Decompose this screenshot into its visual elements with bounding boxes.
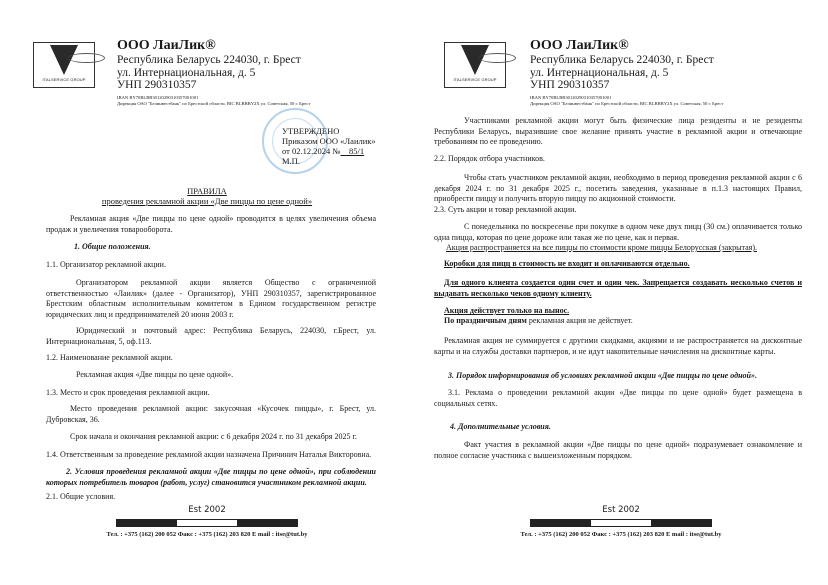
company-address-1: Республика Беларусь 224030, г. Брест bbox=[530, 54, 828, 67]
organizer-paragraph: Организатором рекламной акции является О… bbox=[46, 278, 376, 320]
company-address-2: ул. Интернациональная, д. 5 bbox=[117, 67, 437, 80]
approval-date: от 02.12.2024 № 85/1 bbox=[282, 146, 376, 156]
boxes-notice: Коробки для пицц в стоимость не входит и… bbox=[434, 259, 802, 270]
company-unp: УНП 290310357 bbox=[530, 79, 828, 92]
approval-order: Приказом ООО «Лаилик» bbox=[282, 136, 376, 146]
promo-term-paragraph: Срок начала и окончания рекламной акции:… bbox=[46, 432, 376, 443]
section-3-heading: 3. Порядок информирования об условиях ре… bbox=[434, 371, 802, 382]
intro-paragraph: Рекламная акция «Две пиццы по цене одной… bbox=[46, 214, 376, 235]
established-label: Est 2002 bbox=[0, 505, 414, 515]
document-page-2: ITALSERVICE GROUP ООО ЛаиЛик® Республика… bbox=[414, 0, 828, 585]
document-page-1: ITALSERVICE GROUP ООО ЛаиЛик® Республика… bbox=[0, 0, 414, 585]
footer-contacts: Тел. : +375 (162) 200 052 Факс : +375 (1… bbox=[414, 530, 828, 539]
clause-1-1: 1.1. Организатор рекламной акции. bbox=[46, 260, 376, 271]
scope-paragraph: Акция распространяется на все пиццы по с… bbox=[434, 243, 802, 254]
approval-title: УТВЕРЖДЕНО bbox=[282, 126, 376, 136]
company-logo: ITALSERVICE GROUP bbox=[33, 42, 95, 88]
company-address-1: Республика Беларусь 224030, г. Брест bbox=[117, 54, 437, 67]
letterhead-footer: Est 2002 Тел. : +375 (162) 200 052 Факс … bbox=[0, 505, 414, 539]
section-4-heading: 4. Дополнительные условия. bbox=[434, 422, 802, 433]
holidays-notice: По праздничным дням рекламная акция не д… bbox=[434, 316, 802, 327]
clause-3-1: 3.1. Реклама о проведении рекламной акци… bbox=[434, 388, 802, 409]
footer-stripe bbox=[530, 519, 712, 527]
clause-1-2: 1.2. Наименование рекламной акции. bbox=[46, 353, 376, 364]
letterhead-footer: Est 2002 Тел. : +375 (162) 200 052 Факс … bbox=[414, 505, 828, 539]
promo-name-paragraph: Рекламная акция «Две пиццы по цене одной… bbox=[46, 370, 376, 381]
company-unp: УНП 290310357 bbox=[117, 79, 437, 92]
one-check-notice: Для одного клиента создается один счет и… bbox=[434, 278, 802, 299]
approval-number: 85/1 bbox=[340, 146, 364, 156]
essence-paragraph: С понедельника по воскресенье при покупк… bbox=[434, 222, 802, 243]
takeaway-notice: Акция действует только на вынос. bbox=[434, 306, 802, 317]
clause-2-2: 2.2. Порядок отбора участников. bbox=[434, 154, 802, 165]
company-details: ООО ЛаиЛик® Республика Беларусь 224030, … bbox=[530, 38, 828, 107]
footer-stripe bbox=[116, 519, 298, 527]
logo-wing-icon bbox=[68, 53, 105, 63]
approval-seal-mark: М.П. bbox=[282, 156, 376, 166]
company-address-2: ул. Интернациональная, д. 5 bbox=[530, 67, 828, 80]
section-2-heading: 2. Условия проведения рекламной акции «Д… bbox=[46, 467, 376, 488]
legal-address-paragraph: Юридический и почтовый адрес: Республика… bbox=[46, 326, 376, 347]
clause-1-3: 1.3. Место и срок проведения рекламной а… bbox=[46, 388, 376, 399]
additional-conditions-paragraph: Факт участия в рекламной акции «Две пицц… bbox=[434, 440, 802, 461]
approval-block: УТВЕРЖДЕНО Приказом ООО «Лаилик» от 02.1… bbox=[282, 126, 376, 166]
clause-1-4: 1.4. Ответственным за проведение рекламн… bbox=[46, 450, 376, 461]
clause-2-1: 2.1. Общие условия. bbox=[46, 492, 376, 503]
company-name: ООО ЛаиЛик® bbox=[530, 38, 828, 54]
logo-wing-icon bbox=[479, 53, 516, 63]
company-bank: Дирекция ОАО "Белинвестбанк" по Брестско… bbox=[530, 101, 828, 107]
section-1-heading: 1. Общие положения. bbox=[46, 242, 376, 253]
company-name: ООО ЛаиЛик® bbox=[117, 38, 437, 54]
company-details: ООО ЛаиЛик® Республика Беларусь 224030, … bbox=[117, 38, 437, 107]
established-label: Est 2002 bbox=[414, 505, 828, 515]
selection-paragraph: Чтобы стать участником рекламной акции, … bbox=[434, 173, 802, 205]
document-subtitle: проведения рекламной акции «Две пиццы по… bbox=[0, 196, 414, 206]
company-bank: Дирекция ОАО "Белинвестбанк" по Брестско… bbox=[117, 101, 437, 107]
logo-text: ITALSERVICE GROUP bbox=[36, 77, 92, 82]
footer-contacts: Тел. : +375 (162) 200 052 Факс : +375 (1… bbox=[0, 530, 414, 539]
document-title: ПРАВИЛА проведения рекламной акции «Две … bbox=[0, 186, 414, 206]
clause-2-3: 2.3. Суть акции и товар рекламной акции. bbox=[434, 205, 802, 216]
no-combine-paragraph: Рекламная акция не суммируется с другими… bbox=[434, 336, 802, 357]
participants-paragraph: Участниками рекламной акции могут быть ф… bbox=[434, 116, 802, 148]
company-logo: ITALSERVICE GROUP bbox=[444, 42, 506, 88]
logo-text: ITALSERVICE GROUP bbox=[447, 77, 503, 82]
promo-place-paragraph: Место проведения рекламной акции: закусо… bbox=[46, 404, 376, 425]
